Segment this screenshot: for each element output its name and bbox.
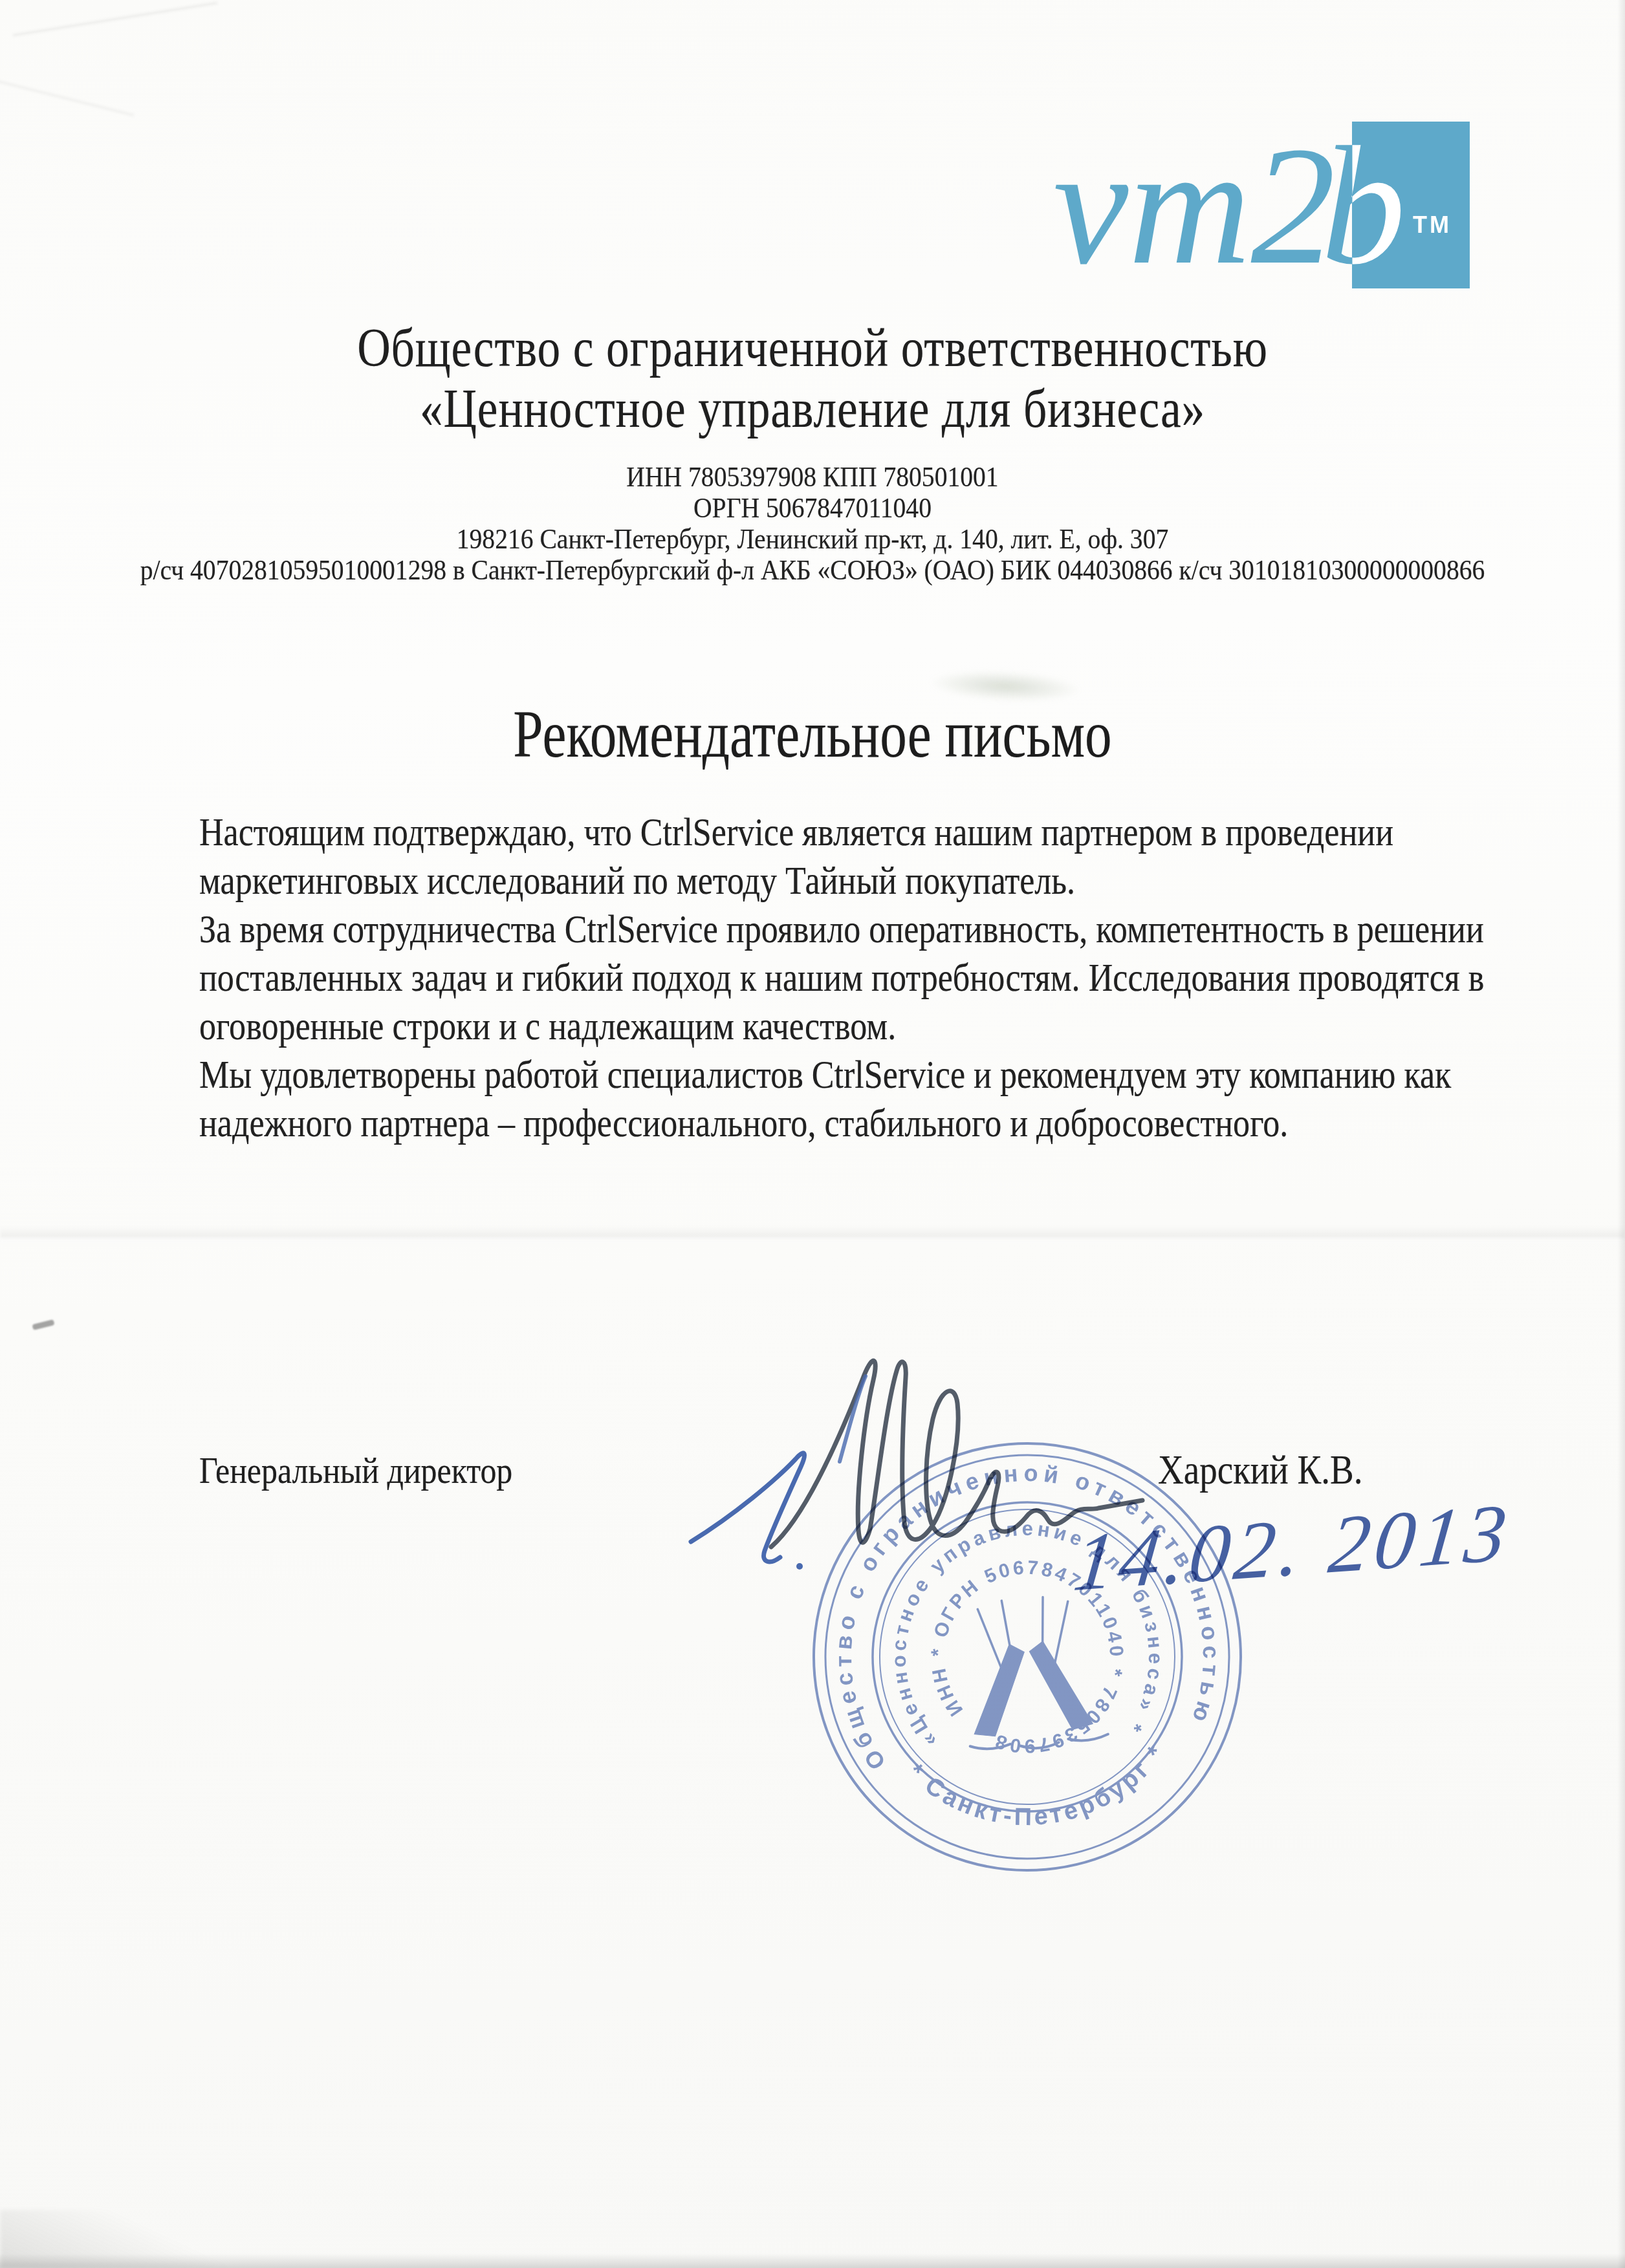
trademark-label: TM (1413, 131, 1452, 319)
scan-edge-shadow-bottom (0, 2254, 1625, 2268)
signatory-role: Генеральный директор (199, 1449, 512, 1492)
body-line: Мы удовлетворены работой специалистов Ct… (199, 1052, 1451, 1098)
scanned-letter-page: vm2 b b TM Общество с ограниченной ответ… (0, 0, 1625, 2268)
company-detail-ogrn: ОРГН 5067847011040 (82, 491, 1544, 524)
org-name-line2: «Ценностное управление для бизнеса» (122, 378, 1503, 440)
scan-edge-shadow-right (1617, 0, 1625, 2268)
company-detail-inn-kpp: ИНН 7805397908 КПП 780501001 (82, 460, 1544, 493)
body-line: маркетинговых исследований по методу Тай… (199, 858, 1075, 904)
signature-flourish-blue (691, 1453, 805, 1562)
logo-text-vm2: vm2 (1053, 111, 1336, 300)
body-line: Настоящим подтверждаю, что CtrlService я… (199, 810, 1393, 856)
paper-crease (13, 2, 218, 36)
letter-title: Рекомендательное письмо (162, 696, 1463, 773)
body-line: надежного партнера – профессионального, … (199, 1101, 1288, 1147)
body-line: За время сотрудничества CtrlService проя… (199, 907, 1484, 953)
company-detail-address: 198216 Санкт-Петербург, Ленинский пр-кт,… (82, 523, 1544, 556)
paper-crease (0, 80, 134, 116)
scan-artifact-dash (32, 1319, 54, 1330)
signature-dot (796, 1563, 803, 1570)
body-line: оговоренные строки и с надлежащим качест… (199, 1004, 896, 1050)
company-detail-bank: р/сч 40702810595010001298 в Санкт-Петерб… (82, 554, 1544, 587)
body-line: поставленных задач и гибкий подход к наш… (199, 955, 1484, 1001)
vm2b-logo: vm2 b b TM (1053, 111, 1475, 300)
org-name-line1: Общество с ограниченной ответственностью (122, 317, 1503, 380)
paper-crease-horizontal (0, 1226, 1625, 1248)
